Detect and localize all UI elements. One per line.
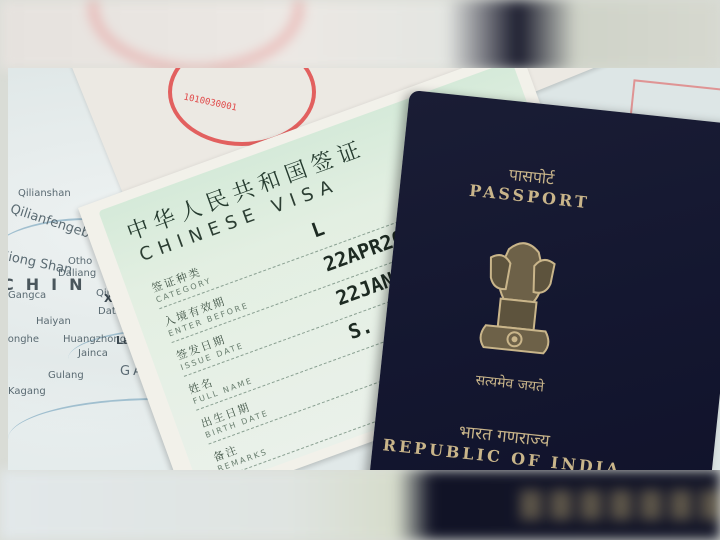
map-label: Qilianshan — [18, 188, 71, 199]
photo-main: Qilianshan Huachi Sanjia Minle Yongd Oth… — [8, 68, 720, 470]
blurred-stamp — [90, 0, 302, 70]
blurred-background-bottom — [0, 470, 720, 540]
blurred-background-top — [0, 0, 720, 70]
map-label: Gulang — [48, 370, 84, 381]
map-label: Jainca — [78, 348, 108, 359]
blurred-passport-text — [520, 490, 720, 520]
passport-motto: सत्यमेव जयते — [380, 361, 641, 407]
map-label: Gonghe — [8, 334, 39, 345]
ashoka-emblem-icon — [473, 227, 566, 365]
map-country-label: CHIN — [8, 275, 94, 294]
map-label: Kagang — [8, 386, 46, 397]
map-label: Haiyan — [36, 316, 71, 327]
indian-passport: पासपोर्ट PASSPORT सत्यमेव जयते भारत गणरा… — [366, 90, 720, 470]
